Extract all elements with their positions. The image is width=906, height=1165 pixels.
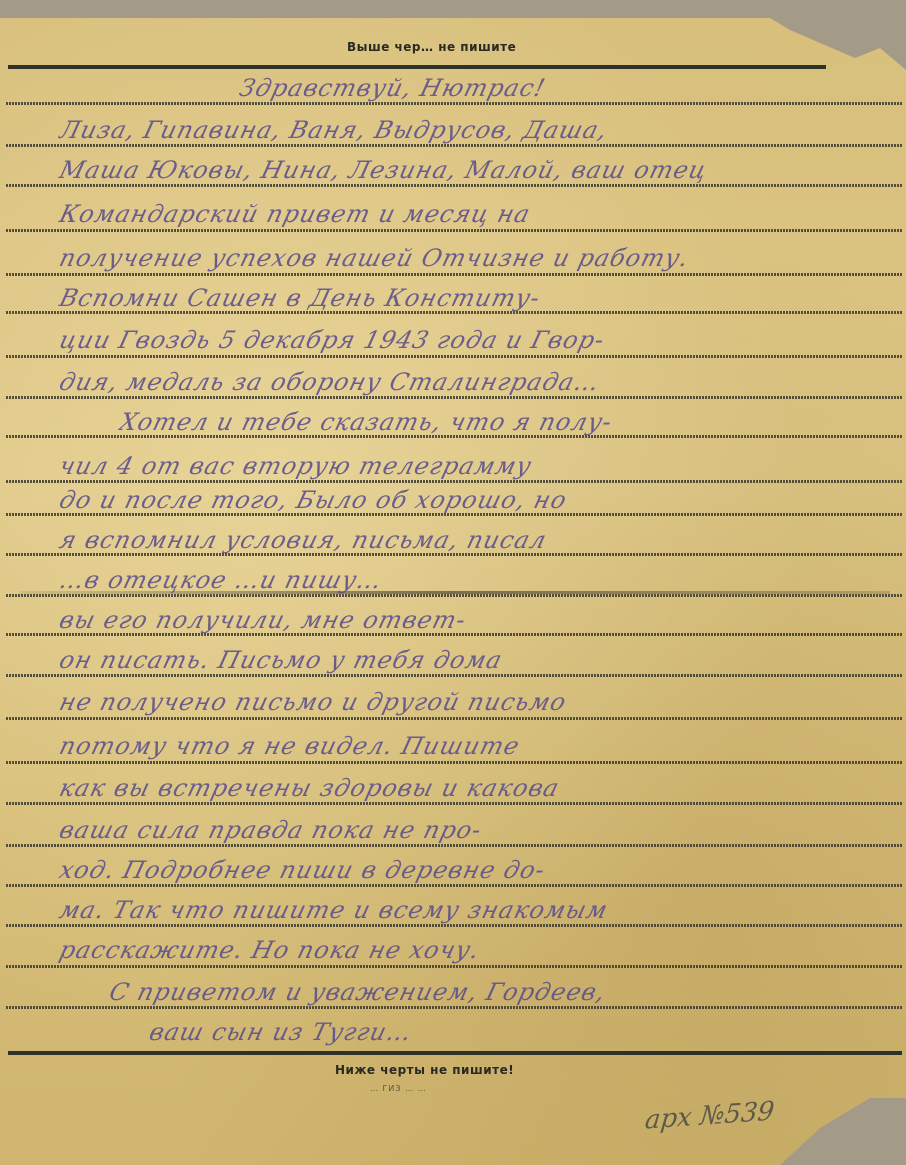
handwritten-line: Вспомни Сашен в День Конститу- <box>57 284 880 312</box>
handwritten-line: он писать. Письмо у тебя дома <box>57 646 880 674</box>
ruled-line <box>6 355 902 358</box>
footer-rule <box>8 1051 902 1055</box>
handwritten-line: ваша сила правда пока не про- <box>57 816 880 844</box>
ruled-line <box>6 480 902 483</box>
footer-small-print: … ГИЗ … … <box>370 1084 427 1093</box>
handwritten-line: получение успехов нашей Отчизне и работу… <box>57 244 880 272</box>
ruled-line <box>6 1006 902 1009</box>
ruled-line <box>6 273 902 276</box>
handwritten-line: ваш сын из Тугги… <box>147 1018 880 1046</box>
ruled-line <box>6 884 902 887</box>
header-rule <box>8 65 826 69</box>
handwritten-line: …в отецкое …и пишу… <box>57 566 880 594</box>
ruled-line <box>6 717 902 720</box>
handwritten-line: Хотел и тебе сказать, что я полу- <box>117 408 880 436</box>
header-print-text: Выше чер… не пишите <box>347 40 516 54</box>
ruled-line <box>6 396 902 399</box>
letter-paper: Выше чер… не пишите Здравствуй, Нютрас! … <box>0 18 906 1165</box>
handwritten-line: Маша Юковы, Нина, Лезина, Малой, ваш оте… <box>57 156 880 184</box>
handwritten-line: ход. Подробнее пиши в деревне до- <box>57 856 880 884</box>
handwritten-line: ма. Так что пишите и всему знакомым <box>57 896 880 924</box>
ruled-line <box>6 761 902 764</box>
ruled-line <box>6 674 902 677</box>
handwritten-line: расскажите. Но пока не хочу. <box>57 936 880 964</box>
footer-print-text: Ниже черты не пишите! <box>335 1063 514 1077</box>
handwritten-line: не получено письмо и другой письмо <box>57 688 880 716</box>
handwritten-line: дия, медаль за оборону Сталинграда… <box>57 368 880 396</box>
handwritten-line: ции Гвоздь 5 декабря 1943 года и Гвор- <box>57 326 880 354</box>
ruled-line <box>6 844 902 847</box>
handwritten-line: до и после того, Было об хорошо, но <box>57 486 880 514</box>
handwritten-line: потому что я не видел. Пишите <box>57 732 880 760</box>
handwritten-line: Лиза, Гипавина, Ваня, Выдрусов, Даша, <box>57 116 880 144</box>
handwritten-line: вы его получили, мне ответ- <box>57 606 880 634</box>
handwritten-line: я вспомнил условия, письма, писал <box>57 526 880 554</box>
handwritten-line: чил 4 от вас вторую телеграмму <box>57 452 880 480</box>
handwritten-line: С приветом и уважением, Гордеев, <box>107 978 880 1006</box>
ruled-line <box>6 802 902 805</box>
ruled-line <box>6 184 902 187</box>
ruled-line <box>6 924 902 927</box>
ruled-line <box>6 594 902 597</box>
ruled-line <box>6 144 902 147</box>
ruled-line <box>6 229 902 232</box>
archive-number-mark: арх №539 <box>644 1096 776 1135</box>
ruled-line <box>6 102 902 105</box>
handwritten-line: Здравствуй, Нютрас! <box>237 74 880 102</box>
handwritten-line: как вы встречены здоровы и какова <box>57 774 880 802</box>
handwritten-line: Командарский привет и месяц на <box>57 200 880 228</box>
ruled-line <box>6 965 902 968</box>
